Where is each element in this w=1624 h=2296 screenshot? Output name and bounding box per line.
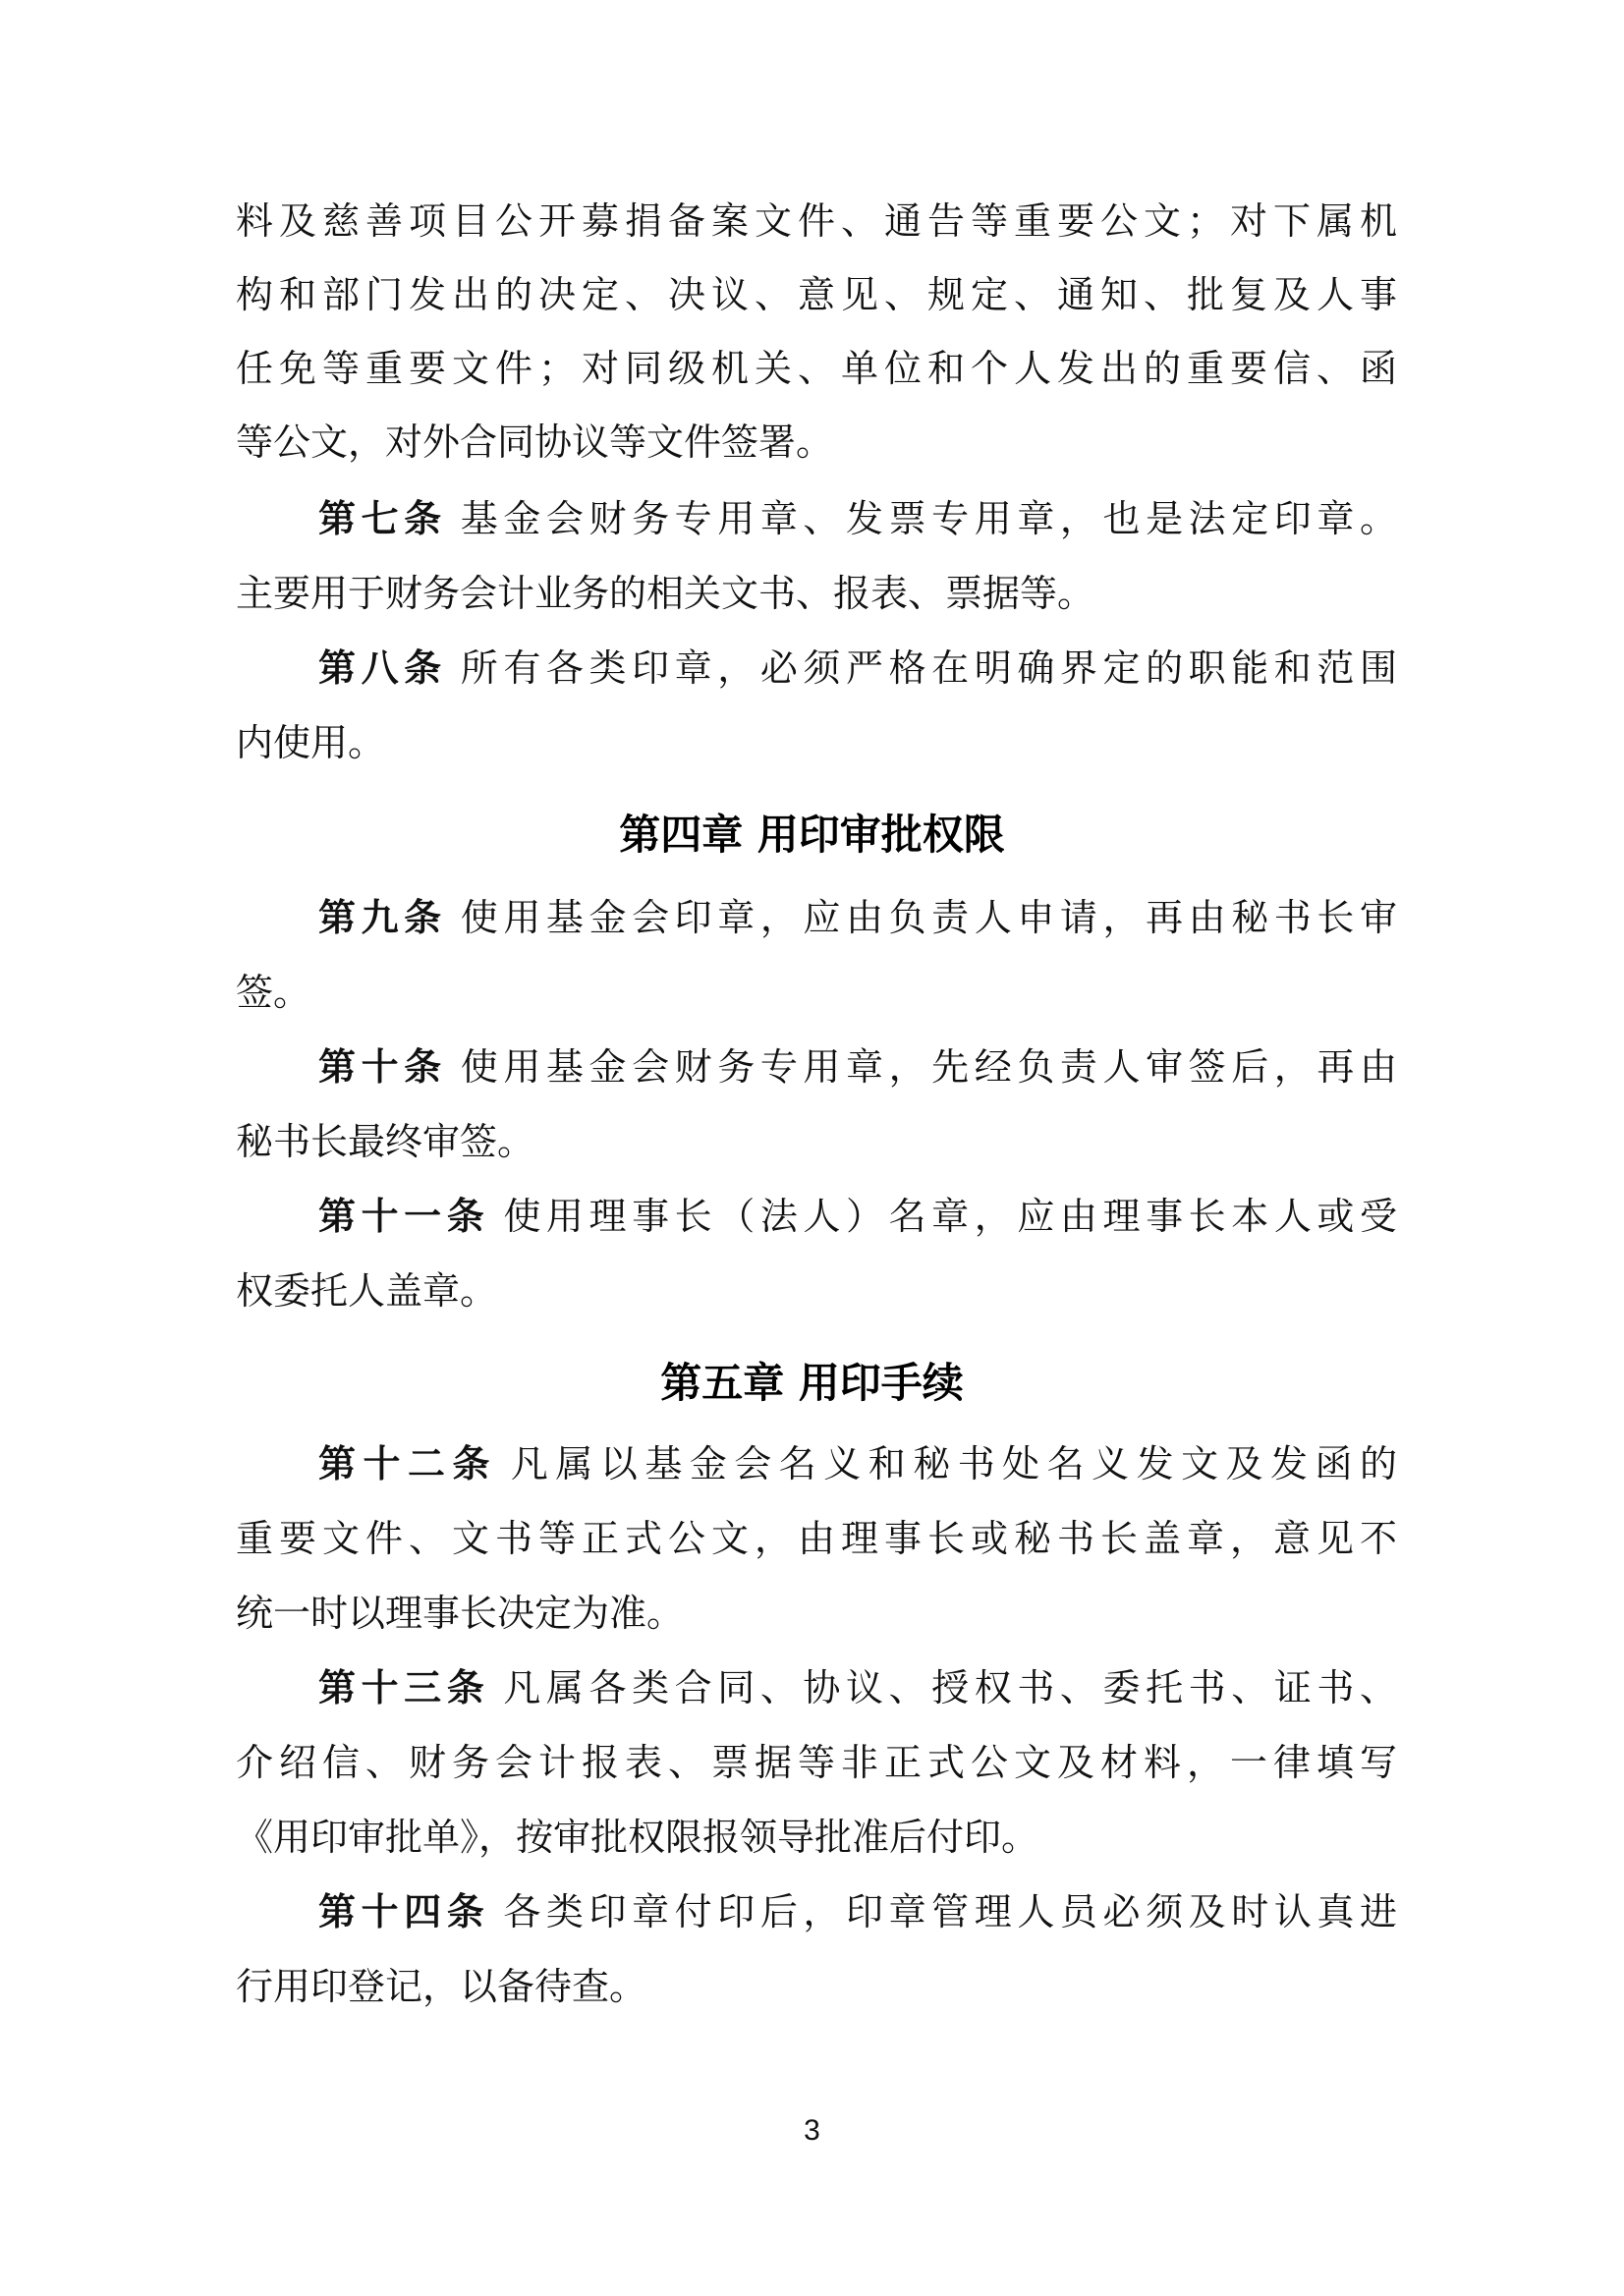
article-text: 所有各类印章，必须严格在明确界定的职能和范围 [461,646,1397,690]
article-label: 第十条 [318,1045,447,1089]
text-line: 主要用于财务会计业务的相关文书、报表、票据等。 [236,566,1397,621]
text-line: 统一时以理事长决定为准。 [236,1586,1397,1641]
article-label: 第十四条 [318,1890,489,1933]
chapter-heading: 第四章 用印审批权限 [0,806,1624,865]
text-line: 重要文件、文书等正式公文，由理事长或秘书长盖章，意见不 [236,1511,1397,1566]
chapter-heading: 第五章 用印手续 [0,1354,1624,1413]
article-10: 第十条使用基金会财务专用章，先经负责人审签后，再由 [318,1039,1397,1094]
article-label: 第八条 [318,646,447,690]
text-line: 介绍信、财务会计报表、票据等非正式公文及材料，一律填写 [236,1735,1397,1790]
article-9: 第九条使用基金会印章，应由负责人申请，再由秘书长审 [318,890,1397,945]
text-line: 行用印登记，以备待查。 [236,1959,1397,2014]
article-label: 第十一条 [318,1195,489,1238]
article-13: 第十三条凡属各类合同、协议、授权书、委托书、证书、 [318,1660,1397,1715]
article-11: 第十一条使用理事长（法人）名章，应由理事长本人或受 [318,1189,1397,1244]
article-text: 各类印章付印后，印章管理人员必须及时认真进 [503,1890,1397,1933]
article-text: 使用理事长（法人）名章，应由理事长本人或受 [503,1195,1397,1238]
article-text: 基金会财务专用章、发票专用章，也是法定印章。 [461,497,1397,540]
text-line: 构和部门发出的决定、决议、意见、规定、通知、批复及人事 [236,267,1397,322]
article-text: 凡属各类合同、协议、授权书、委托书、证书、 [503,1666,1397,1709]
article-12: 第十二条凡属以基金会名义和秘书处名义发文及发函的 [318,1436,1397,1491]
text-line: 内使用。 [236,715,1397,770]
article-label: 第七条 [318,497,447,540]
text-line: 权委托人盖章。 [236,1263,1397,1318]
text-line: 签。 [236,965,1397,1020]
page-number: 3 [0,2114,1624,2148]
article-14: 第十四条各类印章付印后，印章管理人员必须及时认真进 [318,1884,1397,1939]
article-label: 第九条 [318,896,447,939]
article-8: 第八条所有各类印章，必须严格在明确界定的职能和范围 [318,641,1397,696]
document-page: 料及慈善项目公开募捐备案文件、通告等重要公文；对下属机 构和部门发出的决定、决议… [0,0,1624,2296]
text-line: 等公文，对外合同协议等文件签署。 [236,415,1397,470]
article-label: 第十二条 [318,1442,497,1485]
text-line: 任免等重要文件；对同级机关、单位和个人发出的重要信、函 [236,341,1397,396]
article-text: 使用基金会印章，应由负责人申请，再由秘书长审 [461,896,1397,939]
text-line: 料及慈善项目公开募捐备案文件、通告等重要公文；对下属机 [236,194,1397,249]
article-text: 凡属以基金会名义和秘书处名义发文及发函的 [511,1442,1397,1485]
article-7: 第七条基金会财务专用章、发票专用章，也是法定印章。 [318,491,1397,546]
text-line: 秘书长最终审签。 [236,1114,1397,1169]
text-line: 《用印审批单》，按审批权限报领导批准后付印。 [236,1810,1397,1865]
article-text: 使用基金会财务专用章，先经负责人审签后，再由 [461,1045,1397,1089]
article-label: 第十三条 [318,1666,489,1709]
